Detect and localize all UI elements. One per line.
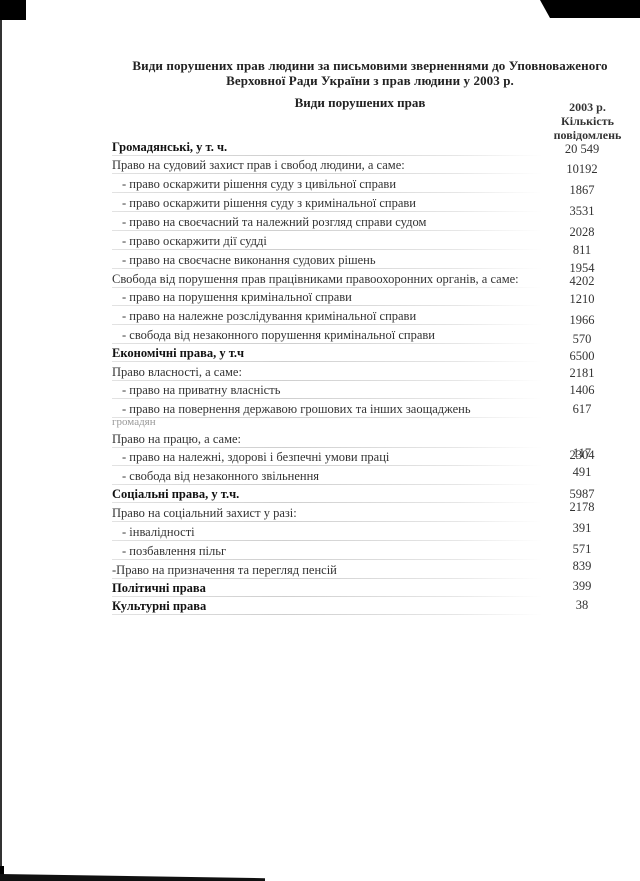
row-divider — [112, 211, 542, 212]
row-count: 6500 — [542, 349, 622, 364]
row-divider — [112, 155, 542, 156]
table-row: - право на порушення кримінальної справи… — [112, 290, 632, 308]
row-count: 391 — [542, 521, 622, 536]
row-label: - право на повернення державою грошових … — [122, 402, 471, 417]
row-divider — [112, 484, 542, 485]
table-row: - інвалідності391 — [112, 525, 632, 543]
table-row: - право на приватну власність1406 — [112, 383, 632, 401]
row-divider — [112, 465, 542, 466]
row-count: 20 549 — [542, 142, 622, 157]
table-row: Свобода від порушення прав працівниками … — [112, 272, 632, 290]
row-label: Громадянські, у т. ч. — [112, 140, 227, 155]
row-count: 4202 — [542, 274, 622, 289]
row-count: 617 — [542, 402, 622, 417]
row-label: - свобода від незаконного звільнення — [122, 469, 319, 484]
scan-bottom-bar — [0, 874, 265, 881]
row-label: Право на судовий захист прав і свобод лю… — [112, 158, 405, 173]
column-header-count: 2003 р. Кількість повідомлень — [535, 100, 640, 142]
row-divider — [112, 249, 542, 250]
row-label: - право оскаржити рішення суду з цивільн… — [122, 177, 396, 192]
column-header-quantity: Кількість — [535, 114, 640, 128]
table-row: - право оскаржити рішення суду з криміна… — [112, 196, 632, 214]
row-label: Право на працю, а саме: — [112, 432, 241, 447]
table-row: - право на належне розслідування криміна… — [112, 309, 632, 327]
row-label: Соціальні права, у т.ч. — [112, 487, 239, 502]
table-row: Право на судовий захист прав і свобод лю… — [112, 158, 632, 176]
column-header-rights: Види порушених прав — [230, 95, 490, 111]
scan-corner-top-right — [540, 0, 640, 18]
row-divider — [112, 287, 542, 288]
row-label: - право оскаржити рішення суду з криміна… — [122, 196, 416, 211]
table-row: - свобода від незаконного порушення крим… — [112, 328, 632, 346]
row-label: - право на своєчасний та належний розгля… — [122, 215, 426, 230]
title-line-2: Верховної Ради України з прав людини у 2… — [110, 73, 630, 88]
row-label: - право на своєчасне виконання судових р… — [122, 253, 376, 268]
row-divider — [112, 559, 542, 560]
title-line-1: Види порушених прав людини за письмовими… — [110, 58, 630, 73]
row-label: - позбавлення пільг — [122, 544, 226, 559]
row-divider — [112, 324, 542, 325]
scan-corner-top-left — [0, 0, 26, 20]
table-row: - право оскаржити рішення суду з цивільн… — [112, 177, 632, 195]
scan-edge-left — [0, 0, 2, 881]
column-header-year: 2003 р. — [535, 100, 640, 114]
row-divider — [112, 614, 542, 615]
row-divider — [112, 192, 542, 193]
row-count: 570 — [542, 332, 622, 347]
row-count: 117 — [542, 446, 622, 461]
row-count: 1966 — [542, 313, 622, 328]
row-label: Свобода від порушення прав працівниками … — [112, 272, 519, 287]
row-label: - право на приватну власність — [122, 383, 280, 398]
row-divider — [112, 417, 542, 418]
row-label: Політичні права — [112, 581, 206, 596]
row-label: Право власності, а саме: — [112, 365, 242, 380]
row-count: 839 — [542, 559, 622, 574]
table-row: - право оскаржити дії судді811 — [112, 234, 632, 252]
table-row: Право власності, а саме:2181 — [112, 365, 632, 383]
table-row: - свобода від незаконного звільнення491 — [112, 469, 632, 487]
row-label: - свобода від незаконного порушення крим… — [122, 328, 435, 343]
row-label: Право на соціальний захист у разі: — [112, 506, 297, 521]
row-divider — [112, 578, 542, 579]
row-count: 38 — [542, 598, 622, 613]
row-count: 2181 — [542, 366, 622, 381]
row-label: - інвалідності — [122, 525, 195, 540]
table-row: Економічні права, у т.ч6500 — [112, 346, 632, 364]
row-count: 399 — [542, 579, 622, 594]
row-label: Економічні права, у т.ч — [112, 346, 244, 361]
table-row: Політичні права399 — [112, 581, 632, 599]
row-divider — [112, 398, 542, 399]
table-row: - право на своєчасне виконання судових р… — [112, 253, 632, 271]
row-count: 1406 — [542, 383, 622, 398]
row-label: Культурні права — [112, 599, 206, 614]
row-divider — [112, 521, 542, 522]
row-divider — [112, 230, 542, 231]
row-count: 2178 — [542, 500, 622, 515]
row-divider — [112, 540, 542, 541]
row-count: 491 — [542, 465, 622, 480]
document-title: Види порушених прав людини за письмовими… — [110, 58, 630, 88]
table-row: - право на повернення державою грошових … — [112, 402, 632, 420]
row-divider — [112, 447, 542, 448]
row-divider — [112, 596, 542, 597]
table-row: Громадянські, у т. ч.20 549 — [112, 140, 632, 158]
row-label: - право на належні, здорові і безпечні у… — [122, 450, 389, 465]
table-row: Культурні права38 — [112, 599, 632, 617]
row-divider — [112, 268, 542, 269]
row-divider — [112, 173, 542, 174]
row-divider — [112, 502, 542, 503]
row-label: -Право на призначення та перегляд пенсій — [112, 563, 337, 578]
row-label: - право оскаржити дії судді — [122, 234, 267, 249]
row-divider — [112, 380, 542, 381]
row-divider — [112, 361, 542, 362]
row-divider — [112, 305, 542, 306]
row-count: 571 — [542, 542, 622, 557]
row-divider — [112, 343, 542, 344]
row-count: 1210 — [542, 292, 622, 307]
table-row: - право на своєчасний та належний розгля… — [112, 215, 632, 233]
row-label: - право на належне розслідування криміна… — [122, 309, 416, 324]
row-count: 10192 — [542, 162, 622, 177]
row-label: - право на порушення кримінальної справи — [122, 290, 352, 305]
